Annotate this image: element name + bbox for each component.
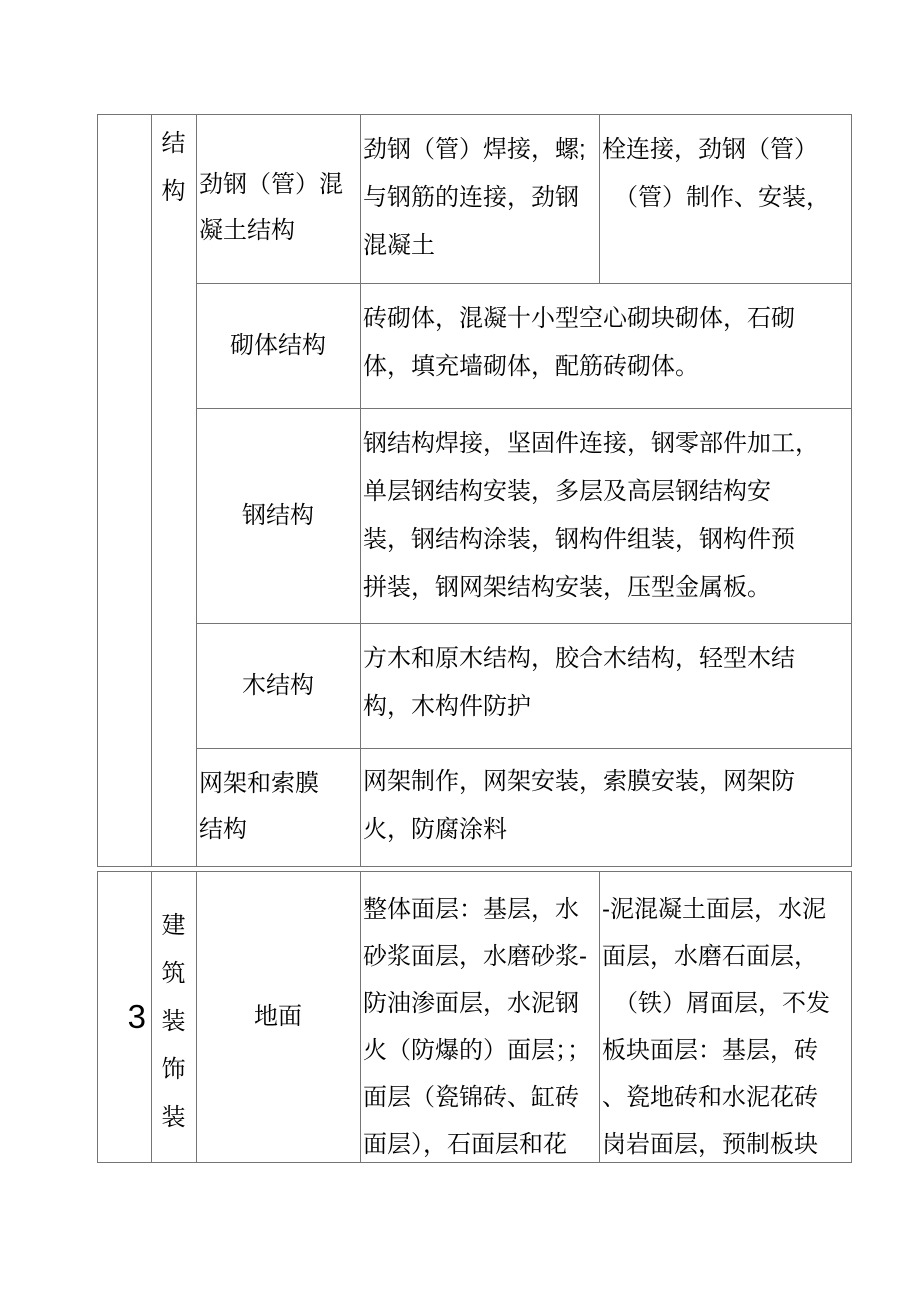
category-cell-qi-ti: 砌体结构 (196, 283, 360, 408)
document-page: 结 构 劲钢（管）混 凝土结构 劲钢（管）焊接，螺; 与钢筋的连接，劲钢 混凝土… (0, 0, 920, 1303)
row-group-label-structure: 结 构 (151, 120, 196, 216)
description-cell-qi-ti: 砖砌体，混凝十小型空心砌块砌体，石砌 体，填充墙砌体，配筋砖砌体。 (363, 295, 849, 391)
row-index-number: 3 (97, 871, 146, 1162)
table-grid-line (851, 114, 852, 867)
table-grid-line (851, 871, 852, 1163)
category-cell-jin-gang-guan: 劲钢（管）混 凝土结构 (199, 114, 357, 283)
description-cell-gang: 钢结构焊接，坚固件连接，钢零部件加工， 单层钢结构安装，多层及高层钢结构安 装，… (363, 420, 849, 612)
description-cell-mu: 方木和原木结构，胶合木结构，轻型木结 构，木构件防护 (363, 635, 849, 731)
description-cell-wang-jia: 网架制作，网架安装，索膜安装，网架防 火，防腐涂料 (363, 758, 849, 854)
description-cell-jin-gang-left: 劲钢（管）焊接，螺; 与钢筋的连接，劲钢 混凝土 (363, 126, 597, 270)
description-cell-jin-gang-right: 栓连接，劲钢（管） （管）制作、安装， (602, 126, 849, 222)
description-cell-di-mian-right: -泥混凝土面层，水泥 面层，水磨石面层， （铁）屑面层，不发 板块面层：基层，砖… (602, 886, 849, 1168)
table-grid-line (97, 114, 98, 867)
table-grid-line (360, 871, 361, 1163)
category-cell-wang-jia: 网架和索膜 结构 (199, 748, 357, 866)
table-grid-line (599, 114, 600, 284)
table-grid-line (151, 114, 152, 867)
table-grid-line (360, 114, 361, 867)
table-grid-line (97, 866, 852, 867)
description-cell-di-mian-left: 整体面层：基层，水 砂浆面层，水磨砂浆- 防油渗面层，水泥钢 火（防爆的）面层；… (363, 886, 597, 1168)
row-group-label-decoration: 建 筑 装 饰 装 (151, 902, 196, 1142)
category-cell-di-mian: 地面 (196, 871, 360, 1162)
category-cell-mu: 木结构 (196, 623, 360, 748)
category-cell-gang: 钢结构 (196, 408, 360, 623)
table-grid-line (599, 871, 600, 1163)
